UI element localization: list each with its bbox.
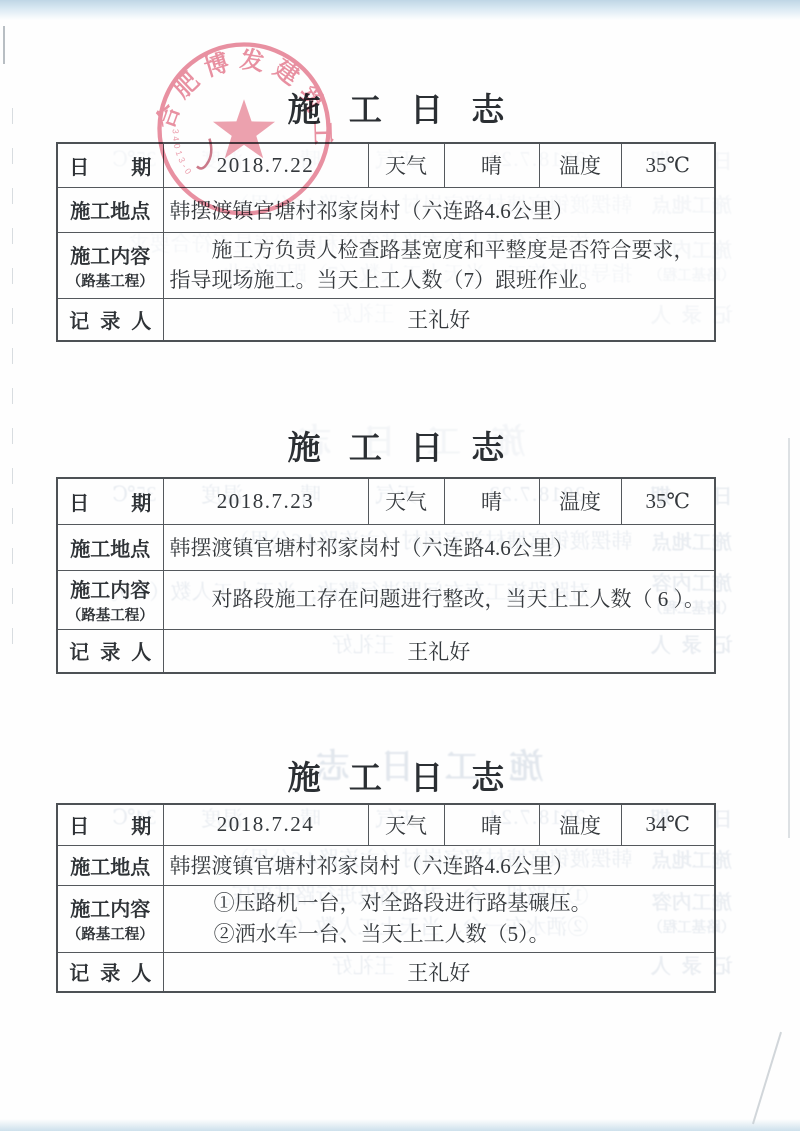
- temperature-label-cell: 温度: [539, 804, 621, 845]
- weather-value-cell: 晴: [444, 143, 539, 187]
- location-label-cell: 施工地点: [57, 845, 163, 885]
- log-3-location-row: 施工地点 韩摆渡镇官塘村祁家岗村（六连路4.6公里）: [57, 845, 715, 885]
- log-2-location-row: 施工地点 韩摆渡镇官塘村祁家岗村（六连路4.6公里）: [57, 524, 715, 570]
- date-value-cell: 2018.7.22: [163, 143, 368, 187]
- log-1-recorder-row: 记录人 王礼好: [57, 298, 715, 341]
- content-label-cell: 施工内容（路基工程）: [57, 885, 163, 952]
- temperature-label-cell: 温度: [539, 143, 621, 187]
- location-value-cell: 韩摆渡镇官塘村祁家岗村（六连路4.6公里）: [163, 524, 715, 570]
- location-label-cell: 施工地点: [57, 524, 163, 570]
- scan-left-edge-mark: [3, 26, 5, 64]
- weather-label-cell: 天气: [368, 478, 444, 524]
- log-1-title: 施 工 日 志: [0, 84, 800, 131]
- date-value-cell: 2018.7.24: [163, 804, 368, 845]
- log-2-title: 施 工 日 志: [0, 422, 800, 469]
- date-label-cell: 日期: [57, 804, 163, 845]
- content-value-cell: ①压路机一台，对全路段进行路基碾压。 ②洒水车一台、当天上工人数（5）。: [163, 885, 715, 952]
- log-2-table: 日期 2018.7.23 天气 晴 温度 35℃ 施工地点 韩摆渡镇官塘村祁家岗…: [56, 477, 716, 674]
- log-3-table: 日期 2018.7.24 天气 晴 温度 34℃ 施工地点 韩摆渡镇官塘村祁家岗…: [56, 803, 716, 993]
- recorder-value-cell: 王礼好: [163, 298, 715, 341]
- log-2-content-row: 施工内容（路基工程） 对路段施工存在问题进行整改，当天上工人数（ 6 ）。: [57, 570, 715, 629]
- recorder-label-cell: 记录人: [57, 298, 163, 341]
- temperature-value-cell: 35℃: [621, 478, 715, 524]
- weather-label-cell: 天气: [368, 143, 444, 187]
- scanned-construction-log-page: 日期 2018.7.22 天气 晴 温度 35℃ 施工地点 韩摆渡镇官塘村祁家岗…: [0, 0, 800, 1131]
- date-label-cell: 日期: [57, 478, 163, 524]
- weather-value-cell: 晴: [444, 478, 539, 524]
- recorder-value-cell: 王礼好: [163, 952, 715, 992]
- date-value-cell: 2018.7.23: [163, 478, 368, 524]
- log-3-content-row: 施工内容（路基工程） ①压路机一台，对全路段进行路基碾压。 ②洒水车一台、当天上…: [57, 885, 715, 952]
- scan-top-edge: [0, 0, 800, 20]
- location-value-cell: 韩摆渡镇官塘村祁家岗村（六连路4.6公里）: [163, 187, 715, 232]
- temperature-label-cell: 温度: [539, 478, 621, 524]
- recorder-label-cell: 记录人: [57, 629, 163, 673]
- content-label-cell: 施工内容（路基工程）: [57, 232, 163, 298]
- log-3-date-row: 日期 2018.7.24 天气 晴 温度 34℃: [57, 804, 715, 845]
- scan-left-fold-line: [12, 108, 13, 668]
- recorder-label-cell: 记录人: [57, 952, 163, 992]
- scan-corner-crease: [752, 1032, 782, 1124]
- log-1-table: 日期 2018.7.22 天气 晴 温度 35℃ 施工地点 韩摆渡镇官塘村祁家岗…: [56, 142, 716, 342]
- content-value-cell: 对路段施工存在问题进行整改，当天上工人数（ 6 ）。: [163, 570, 715, 629]
- log-1-content-row: 施工内容（路基工程） 施工方负责人检查路基宽度和平整度是否符合要求，指导现场施工…: [57, 232, 715, 298]
- weather-label-cell: 天气: [368, 804, 444, 845]
- log-1-date-row: 日期 2018.7.22 天气 晴 温度 35℃: [57, 143, 715, 187]
- content-value-cell: 施工方负责人检查路基宽度和平整度是否符合要求，指导现场施工。当天上工人数（7）跟…: [163, 232, 715, 298]
- recorder-value-cell: 王礼好: [163, 629, 715, 673]
- log-3-title: 施 工 日 志: [0, 752, 800, 799]
- scan-bottom-edge: [0, 1119, 800, 1131]
- location-value-cell: 韩摆渡镇官塘村祁家岗村（六连路4.6公里）: [163, 845, 715, 885]
- log-3-recorder-row: 记录人 王礼好: [57, 952, 715, 992]
- log-2-recorder-row: 记录人 王礼好: [57, 629, 715, 673]
- log-1-location-row: 施工地点 韩摆渡镇官塘村祁家岗村（六连路4.6公里）: [57, 187, 715, 232]
- date-label-cell: 日期: [57, 143, 163, 187]
- location-label-cell: 施工地点: [57, 187, 163, 232]
- content-label-cell: 施工内容（路基工程）: [57, 570, 163, 629]
- temperature-value-cell: 35℃: [621, 143, 715, 187]
- weather-value-cell: 晴: [444, 804, 539, 845]
- log-2-date-row: 日期 2018.7.23 天气 晴 温度 35℃: [57, 478, 715, 524]
- temperature-value-cell: 34℃: [621, 804, 715, 845]
